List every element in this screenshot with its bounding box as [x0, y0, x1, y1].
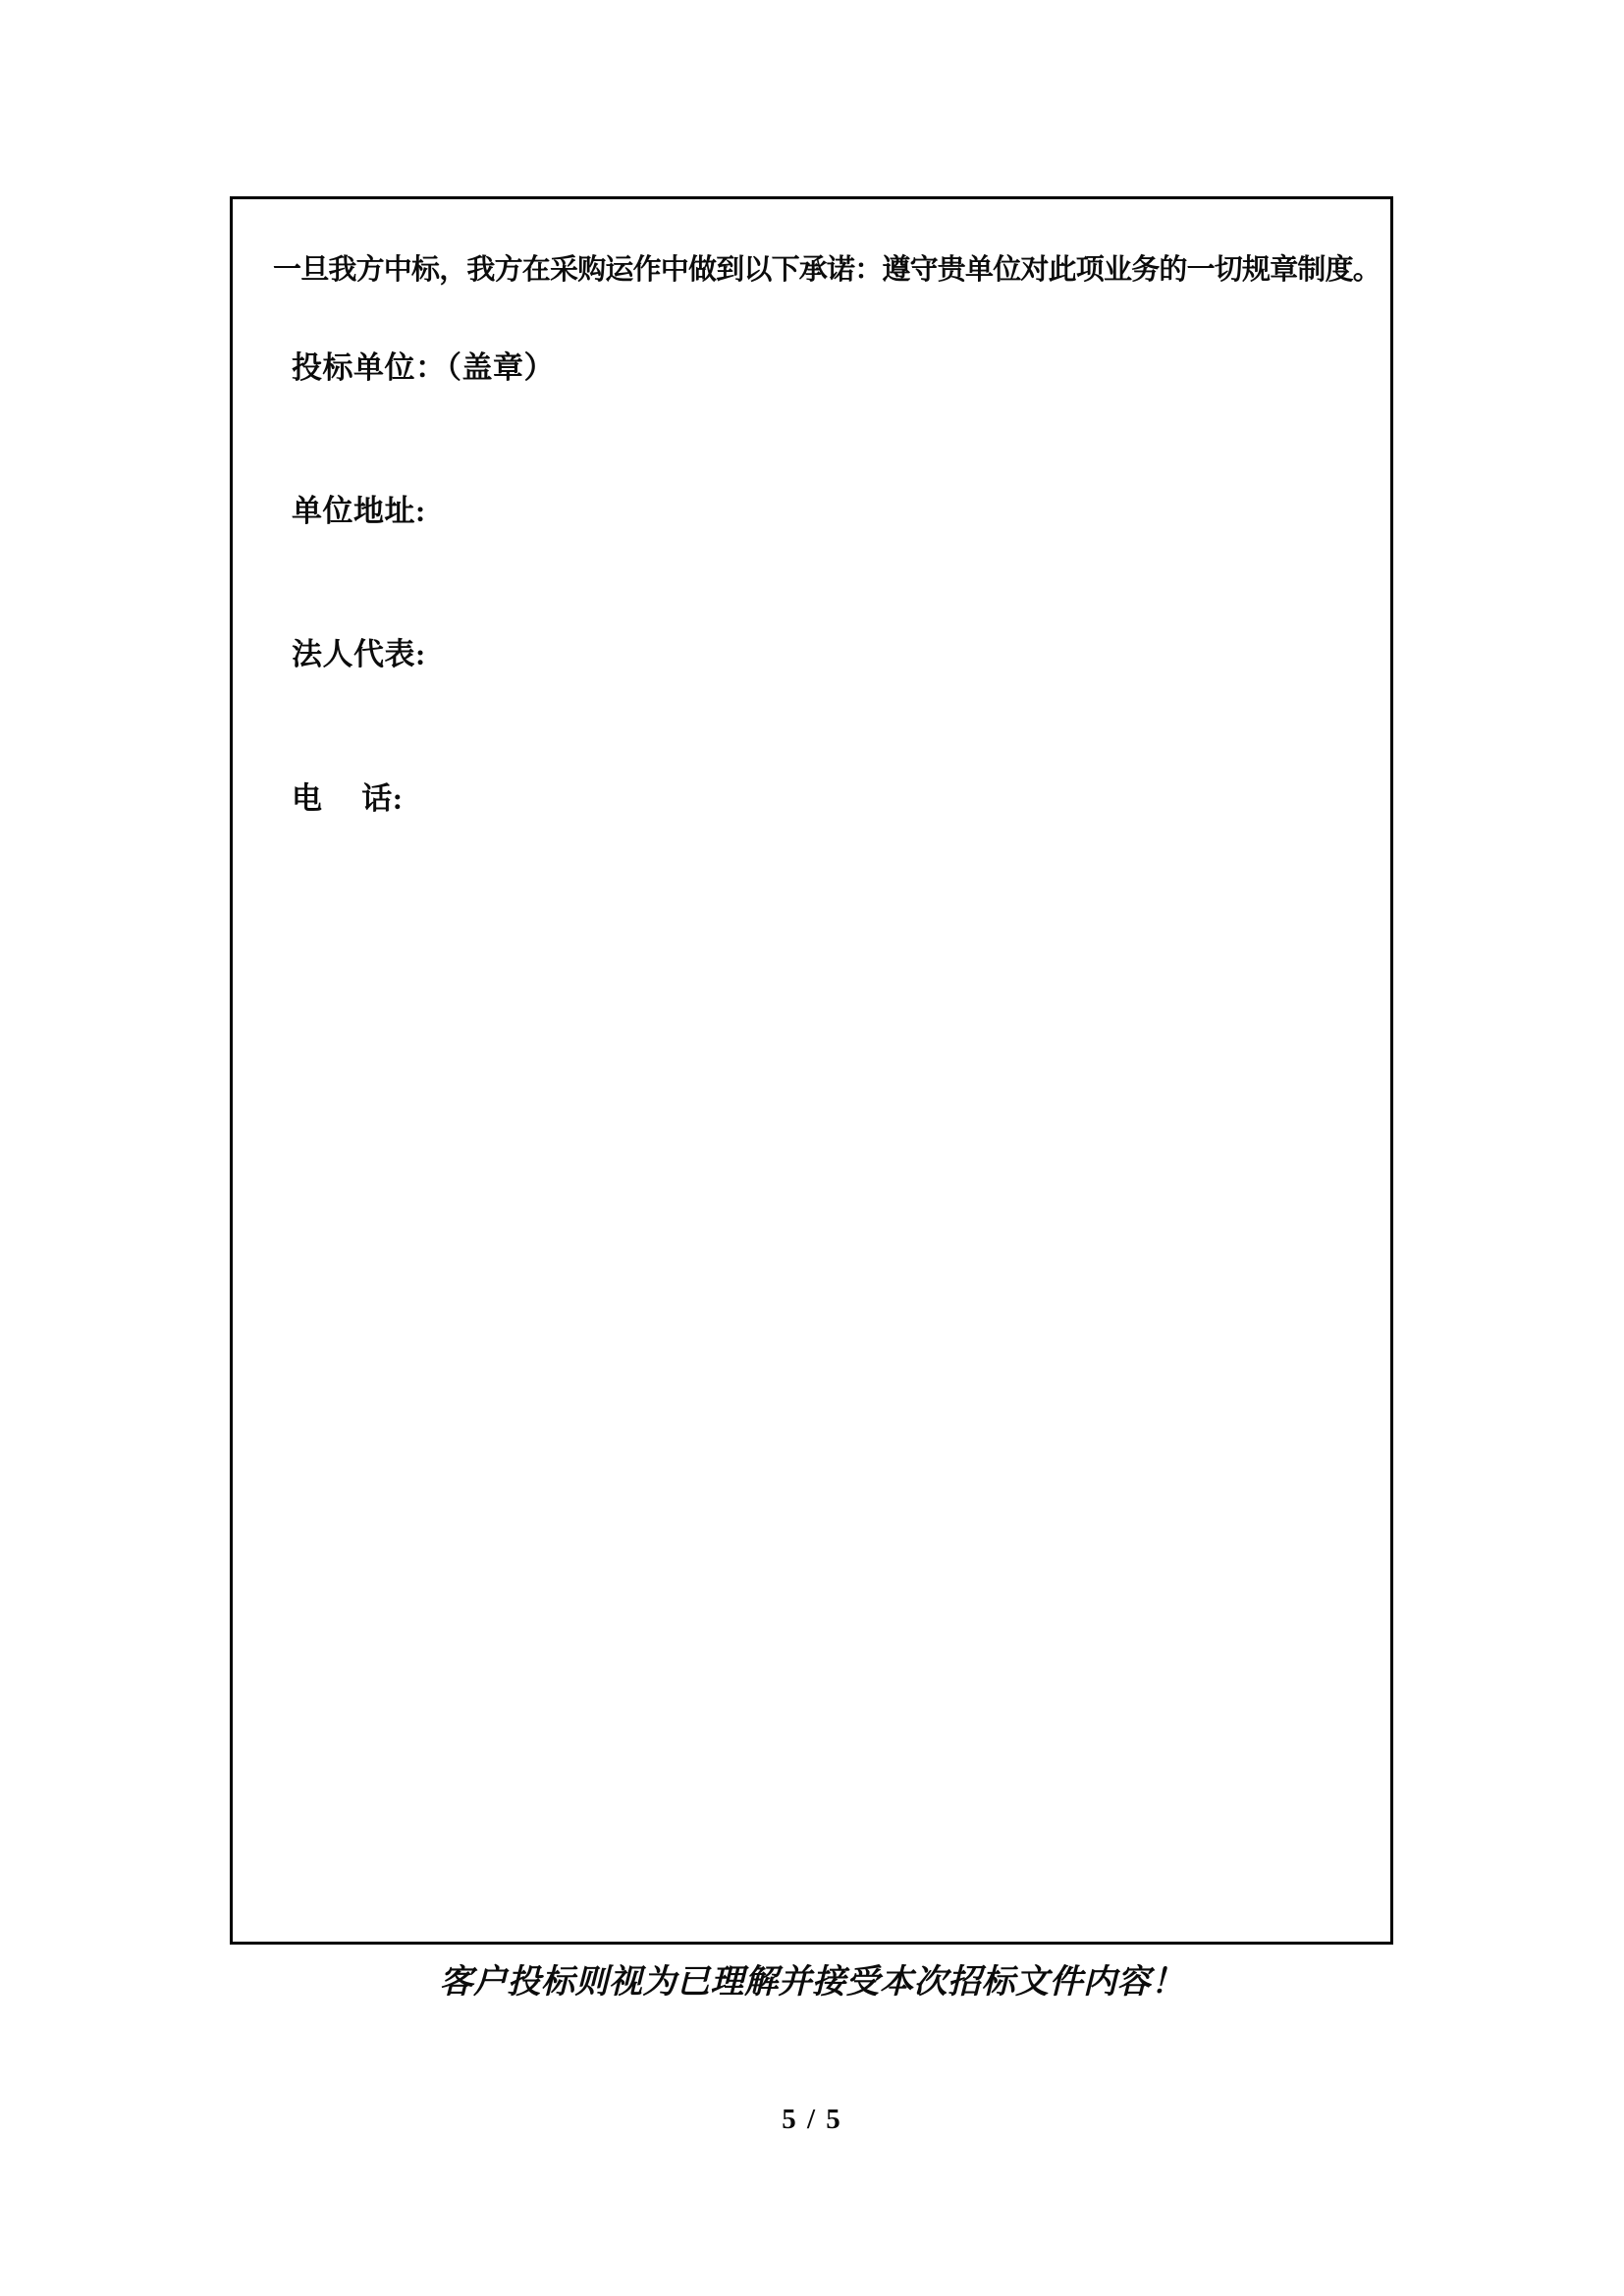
field-telephone: 电 话:: [292, 774, 404, 818]
commitment-statement: 一旦我方中标，我方在采购运作中做到以下承诺：遵守贵单位对此项业务的一切规章制度。: [273, 247, 1380, 288]
field-unit-address: 单位地址:: [292, 486, 426, 530]
field-bidder-unit-seal: 投标单位：（盖章）: [292, 343, 555, 387]
page-number: 5 / 5: [0, 2104, 1624, 2136]
bid-form-border-box: [230, 196, 1393, 1945]
document-page: 一旦我方中标，我方在采购运作中做到以下承诺：遵守贵单位对此项业务的一切规章制度。…: [0, 0, 1624, 2296]
field-legal-representative: 法人代表:: [292, 629, 426, 673]
footer-acceptance-note: 客户投标则视为已理解并接受本次招标文件内容！: [0, 1954, 1624, 2002]
